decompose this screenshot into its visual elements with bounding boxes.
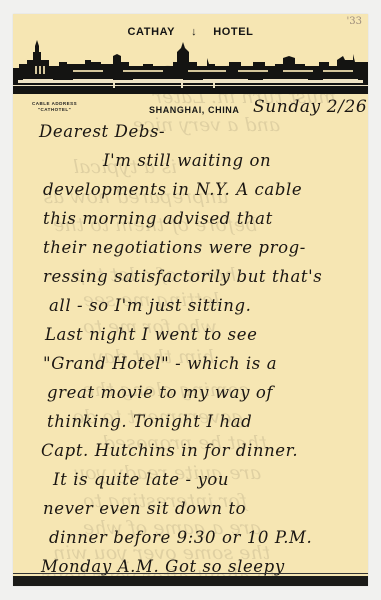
letter-line: I'm still waiting on [103,151,271,170]
letter-page: at that point at 9 must turn in. Later a… [13,14,368,586]
letter-line: never even sit down to [43,499,246,518]
cable-address: CABLE ADDRESS "CATHOTEL" [32,101,77,113]
letter-line: this morning advised that [43,209,273,228]
letter-line: Capt. Hutchins in for dinner. [41,441,298,460]
letter-line: all - so I'm just sitting. [49,296,251,315]
hotel-name-left: CATHAY [128,26,176,38]
footer-rule [13,573,368,574]
letter-line: developments in N.Y. A cable [43,180,302,199]
letter-greeting: Dearest Debs- [39,122,165,141]
letter-line: great movie to my way of [47,383,273,402]
letter-line: their negotiations were prog- [43,238,306,257]
letter-line: "Grand Hotel" - which is a [43,354,277,373]
letter-line: thinking. Tonight I had [47,412,252,431]
letter-line: ressing satisfactorily but that's [43,267,322,286]
letter-line: It is quite late - you [53,470,229,489]
footer-bar [13,576,368,586]
letter-date: Sunday 2/26 [253,97,367,117]
cable-address-code: "CATHOTEL" [32,107,77,113]
skyline-illustration [13,40,368,94]
letter-line: dinner before 9:30 or 10 P.M. [49,528,312,547]
hotel-name-right: HOTEL [213,26,253,38]
letter-line: Last night I went to see [45,325,257,344]
hotel-name: CATHAY↓HOTEL [13,26,368,38]
arrow-down-icon: ↓ [191,26,197,38]
hotel-city: SHANGHAI, CHINA [149,105,240,115]
